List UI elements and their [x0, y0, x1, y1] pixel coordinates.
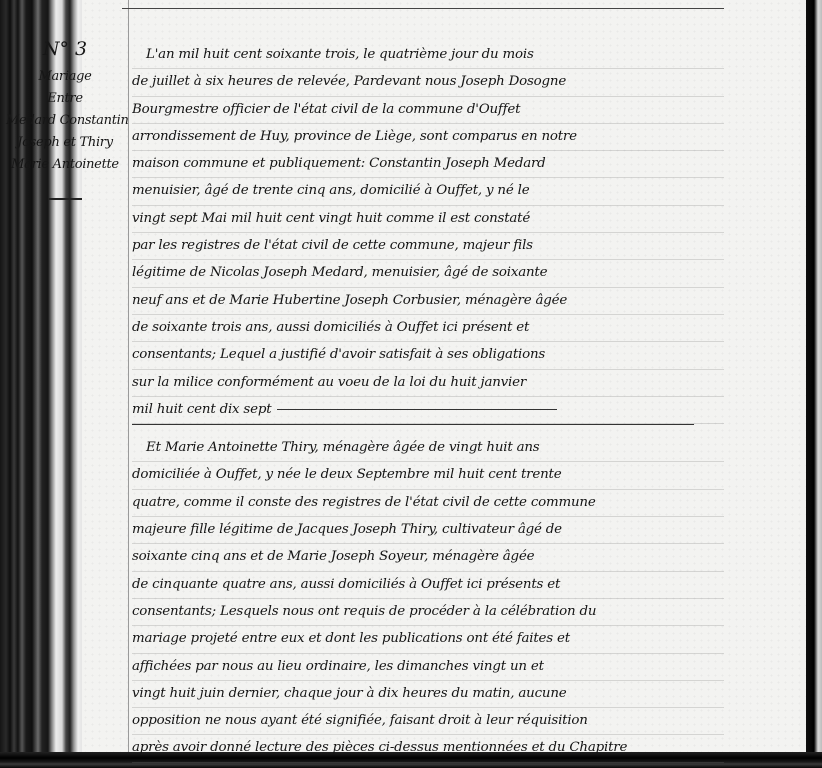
margin-line: Medard Constantin	[6, 110, 124, 132]
margin-annotation: N° 3 Mariage Entre Medard Constantin Jos…	[6, 38, 124, 200]
text-line: quatre, comme il conste des registres de…	[132, 490, 724, 517]
text-line: de soixante trois ans, aussi domiciliés …	[132, 315, 724, 342]
top-rule	[122, 8, 724, 9]
text-line: domiciliée à Ouffet, y née le deux Septe…	[132, 462, 724, 489]
text-line: consentants; Lequel a justifié d'avoir s…	[132, 342, 724, 369]
text-line: après avoir donné lecture des pièces ci-…	[132, 735, 724, 762]
marriage-record-text: L'an mil huit cent soixante trois, le qu…	[132, 42, 724, 763]
text-line: Et Marie Antoinette Thiry, ménagère âgée…	[132, 435, 724, 462]
text-line: menuisier, âgé de trente cinq ans, domic…	[132, 178, 724, 205]
text-line: mariage projeté entre eux et dont les pu…	[132, 626, 724, 653]
margin-line: Entre	[6, 88, 124, 110]
text-line: vingt huit juin dernier, chaque jour à d…	[132, 681, 724, 708]
text-line: par les registres de l'état civil de cet…	[132, 233, 724, 260]
text-line: neuf ans et de Marie Hubertine Joseph Co…	[132, 288, 724, 315]
paragraph-bride: Et Marie Antoinette Thiry, ménagère âgée…	[132, 435, 724, 763]
margin-line: Joseph et Thiry	[6, 132, 124, 154]
text-line: Bourgmestre officier de l'état civil de …	[132, 97, 724, 124]
text-line: L'an mil huit cent soixante trois, le qu…	[132, 42, 724, 69]
text-line: arrondissement de Huy, province de Liège…	[132, 124, 724, 151]
text-line: légitime de Nicolas Joseph Medard, menui…	[132, 260, 724, 287]
text-line: maison commune et publiquement: Constant…	[132, 151, 724, 178]
entry-number: N° 3	[6, 38, 124, 60]
margin-line: Marie Antoinette	[6, 154, 124, 176]
text-line: soixante cinq ans et de Marie Joseph Soy…	[132, 544, 724, 571]
text-line: de juillet à six heures de relevée, Pard…	[132, 69, 724, 96]
text-line: consentants; Lesquels nous ont requis de…	[132, 599, 724, 626]
margin-dash	[48, 198, 82, 200]
text-line: opposition ne nous ayant été signifiée, …	[132, 708, 724, 735]
text-line: sur la milice conformément au voeu de la…	[132, 370, 724, 397]
text-line: vingt sept Mai mil huit cent vingt huit …	[132, 206, 724, 233]
text-line: de cinquante quatre ans, aussi domicilié…	[132, 572, 724, 599]
paragraph-groom: L'an mil huit cent soixante trois, le qu…	[132, 42, 724, 424]
section-divider	[132, 424, 694, 435]
text-line: affichées par nous au lieu ordinaire, le…	[132, 654, 724, 681]
text-line: mil huit cent dix sept	[132, 397, 724, 424]
page-right-edge	[806, 0, 822, 752]
text-line: majeure fille légitime de Jacques Joseph…	[132, 517, 724, 544]
margin-line: Mariage	[6, 66, 124, 88]
